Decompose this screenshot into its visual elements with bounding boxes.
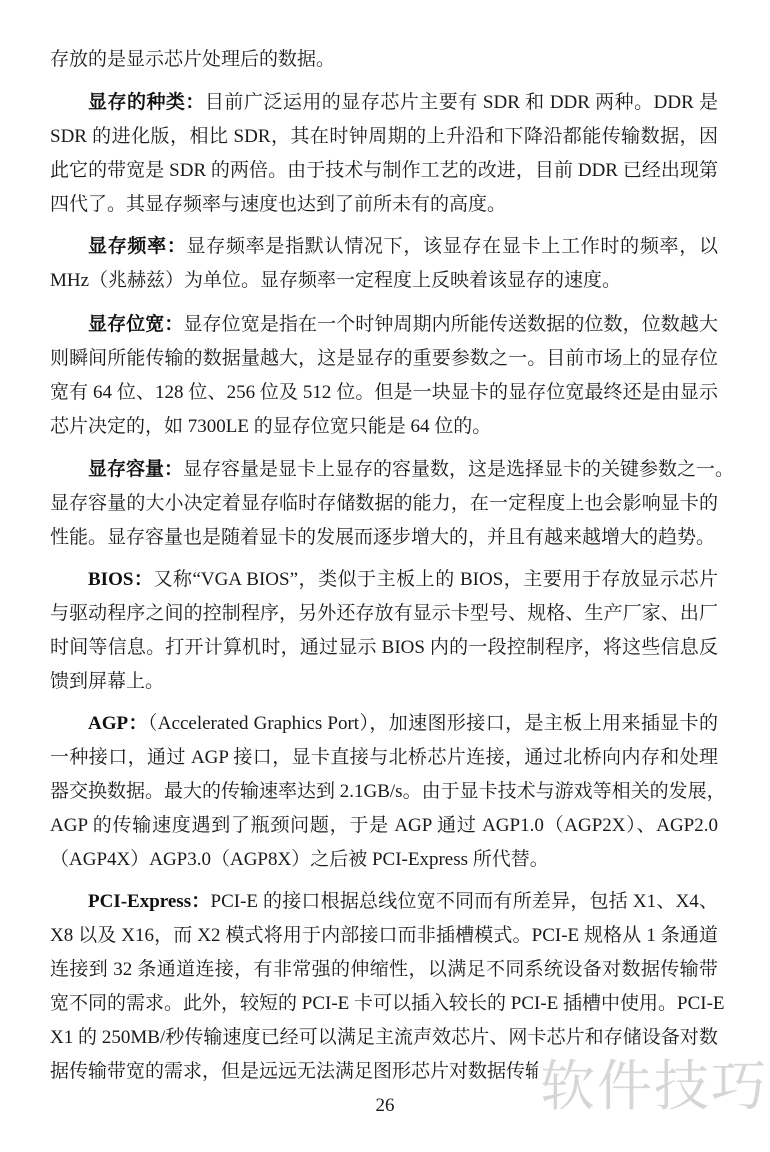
paragraph-line: 器交换数据。最大的传输速率达到 2.1GB/s。由于显卡技术与游戏等相关的发展， bbox=[50, 777, 718, 807]
paragraph-memory-types: 显存的种类：目前广泛运用的显存芯片主要有 SDR 和 DDR 两种。DDR 是 bbox=[88, 88, 718, 118]
paragraph-line: （AGP4X）AGP3.0（AGP8X）之后被 PCI-Express 所代替。 bbox=[50, 845, 718, 875]
paragraph-line: 此它的带宽是 SDR 的两倍。由于技术与制作工艺的改进，目前 DDR 已经出现第 bbox=[50, 156, 718, 186]
paragraph-line: 四代了。其显存频率与速度也达到了前所未有的高度。 bbox=[50, 190, 718, 220]
paragraph-memory-bus-width: 显存位宽：显存位宽是指在一个时钟周期内所能传送数据的位数，位数越大 bbox=[88, 310, 718, 340]
term-heading: PCI-Express： bbox=[88, 891, 211, 912]
term-heading: 显存的种类： bbox=[88, 92, 205, 113]
term-heading: 显存位宽： bbox=[88, 314, 183, 335]
term-heading: 显存容量： bbox=[88, 459, 183, 480]
paragraph-line: 一种接口，通过 AGP 接口，显卡直接与北桥芯片连接，通过北桥向内存和处理 bbox=[50, 743, 718, 773]
term-heading: AGP： bbox=[88, 713, 148, 734]
paragraph-line: SDR 的进化版，相比 SDR，其在时钟周期的上升沿和下降沿都能传输数据，因 bbox=[50, 122, 718, 152]
paragraph-line: 则瞬间所能传输的数据量越大，这是显存的重要参数之一。目前市场上的显存位 bbox=[50, 344, 718, 374]
paragraph-line: MHz（兆赫兹）为单位。显存频率一定程度上反映着该显存的速度。 bbox=[50, 266, 718, 296]
paragraph-line: 性能。显存容量也是随着显卡的发展而逐步增大的，并且有越来越增大的趋势。 bbox=[50, 523, 718, 553]
paragraph-line: 宽有 64 位、128 位、256 位及 512 位。但是一块显卡的显存位宽最终… bbox=[50, 378, 718, 408]
paragraph-memory-frequency: 显存频率：显存频率是指默认情况下，该显存在显卡上工作时的频率，以 bbox=[88, 232, 718, 262]
paragraph-pci-express: PCI-Express：PCI-E 的接口根据总线位宽不同而有所差异，包括 X1… bbox=[88, 887, 718, 917]
paragraph-line: 连接到 32 条通道连接，有非常强的伸缩性，以满足不同系统设备对数据传输带 bbox=[50, 955, 718, 985]
paragraph-line: 与驱动程序之间的控制程序，另外还存放有显示卡型号、规格、生产厂家、出厂 bbox=[50, 599, 718, 629]
term-heading: BIOS： bbox=[88, 569, 153, 590]
paragraph-line: 显存容量的大小决定着显存临时存储数据的能力，在一定程度上也会影响显卡的 bbox=[50, 489, 718, 519]
paragraph-line: X8 以及 X16，而 X2 模式将用于内部接口而非插槽模式。PCI-E 规格从… bbox=[50, 921, 718, 951]
paragraph-memory-capacity: 显存容量：显存容量是显卡上显存的容量数，这是选择显卡的关键参数之一。 bbox=[88, 455, 718, 485]
paragraph-line: AGP 的传输速度遇到了瓶颈问题，于是 AGP 通过 AGP1.0（AGP2X）… bbox=[50, 811, 718, 841]
watermark-text: 软件技巧 bbox=[540, 1050, 768, 1122]
paragraph-bios: BIOS：又称“VGA BIOS”，类似于主板上的 BIOS，主要用于存放显示芯… bbox=[88, 565, 718, 595]
document-page: 存放的是显示芯片处理后的数据。 显存的种类：目前广泛运用的显存芯片主要有 SDR… bbox=[0, 0, 770, 1152]
paragraph-agp: AGP：（Accelerated Graphics Port），加速图形接口，是… bbox=[88, 709, 718, 739]
paragraph-line: 馈到屏幕上。 bbox=[50, 667, 718, 697]
paragraph-line: 存放的是显示芯片处理后的数据。 bbox=[50, 45, 718, 75]
paragraph-line: 宽不同的需求。此外，较短的 PCI-E 卡可以插入较长的 PCI-E 插槽中使用… bbox=[50, 989, 718, 1019]
term-heading: 显存频率： bbox=[88, 236, 187, 257]
paragraph-line: 芯片决定的，如 7300LE 的显存位宽只能是 64 位的。 bbox=[50, 412, 718, 442]
paragraph-line: 时间等信息。打开计算机时，通过显示 BIOS 内的一段控制程序，将这些信息反 bbox=[50, 633, 718, 663]
